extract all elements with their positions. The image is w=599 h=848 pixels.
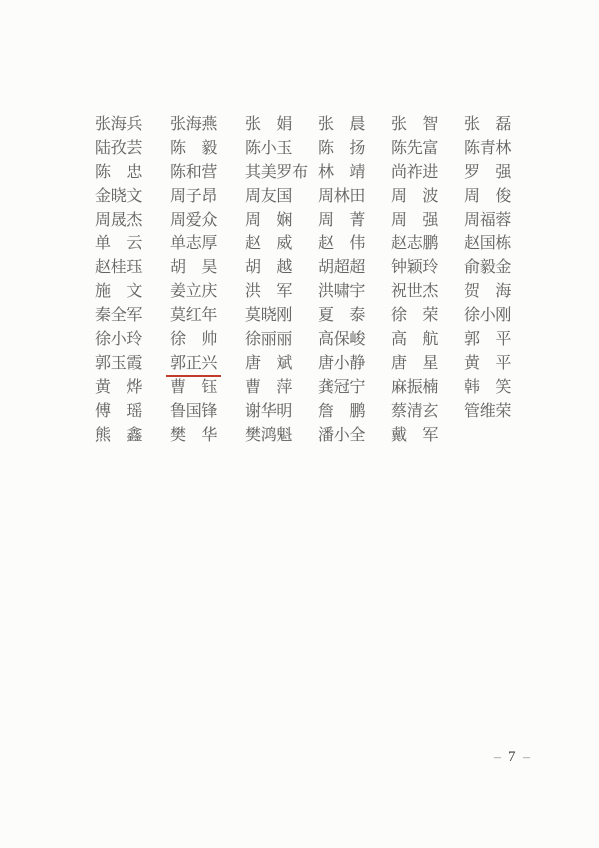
name-cell: 赵桂珏 bbox=[95, 256, 170, 280]
name-cell: 徐小刚 bbox=[464, 304, 537, 328]
name-cell: 贺 海 bbox=[464, 280, 537, 304]
name-cell: 周晟杰 bbox=[95, 209, 170, 233]
name-cell: 熊 鑫 bbox=[95, 424, 170, 448]
name-cell: 黄 平 bbox=[464, 352, 537, 376]
name-cell: 樊鸿魁 bbox=[245, 424, 318, 448]
name-cell: 其美罗布 bbox=[245, 161, 318, 185]
name-cell: 罗 强 bbox=[464, 161, 537, 185]
name-cell: 傅 瑶 bbox=[95, 400, 170, 424]
name-cell: 高保峻 bbox=[318, 328, 391, 352]
name-cell: 鲁国锋 bbox=[170, 400, 245, 424]
name-cell: 樊 华 bbox=[170, 424, 245, 448]
name-cell: 钟颖玲 bbox=[391, 256, 464, 280]
name-cell: 徐 荣 bbox=[391, 304, 464, 328]
name-cell: 陈 忠 bbox=[95, 161, 170, 185]
name-cell: 张海燕 bbox=[170, 113, 245, 137]
name-cell: 韩 笑 bbox=[464, 376, 537, 400]
name-cell: 赵国栋 bbox=[464, 232, 537, 256]
name-cell: 徐 帅 bbox=[170, 328, 245, 352]
name-cell: 谢华明 bbox=[245, 400, 318, 424]
name-cell: 周 俊 bbox=[464, 185, 537, 209]
name-cell: 夏 泰 bbox=[318, 304, 391, 328]
name-cell: 周 波 bbox=[391, 185, 464, 209]
name-cell: 陈和营 bbox=[170, 161, 245, 185]
name-cell: 麻振楠 bbox=[391, 376, 464, 400]
name-cell: 陈先富 bbox=[391, 137, 464, 161]
page-number-dash-right: – bbox=[523, 750, 530, 766]
name-cell: 赵 威 bbox=[245, 232, 318, 256]
name-cell: 周 强 bbox=[391, 209, 464, 233]
name-cell: 莫红年 bbox=[170, 304, 245, 328]
name-cell bbox=[464, 424, 537, 448]
name-cell: 陈 毅 bbox=[170, 137, 245, 161]
name-cell: 莫晓刚 bbox=[245, 304, 318, 328]
page-number-value: 7 bbox=[508, 749, 516, 766]
name-cell: 徐丽丽 bbox=[245, 328, 318, 352]
name-cell: 陈 扬 bbox=[318, 137, 391, 161]
name-cell: 姜立庆 bbox=[170, 280, 245, 304]
name-cell: 张 磊 bbox=[464, 113, 537, 137]
name-cell: 曹 萍 bbox=[245, 376, 318, 400]
name-cell: 周爱众 bbox=[170, 209, 245, 233]
name-cell: 高 航 bbox=[391, 328, 464, 352]
name-cell: 赵 伟 bbox=[318, 232, 391, 256]
name-cell: 林 靖 bbox=[318, 161, 391, 185]
name-cell: 金晓文 bbox=[95, 185, 170, 209]
name-cell: 周福蓉 bbox=[464, 209, 537, 233]
name-cell: 黄 烨 bbox=[95, 376, 170, 400]
name-cell: 俞毅金 bbox=[464, 256, 537, 280]
name-cell: 管维荣 bbox=[464, 400, 537, 424]
name-cell: 祝世杰 bbox=[391, 280, 464, 304]
name-cell: 单 云 bbox=[95, 232, 170, 256]
name-cell: 詹 鹏 bbox=[318, 400, 391, 424]
name-cell: 尚祚进 bbox=[391, 161, 464, 185]
name-cell: 周林田 bbox=[318, 185, 391, 209]
name-cell: 秦全军 bbox=[95, 304, 170, 328]
name-roster: 张海兵张海燕张 娟张 晨张 智张 磊陆孜芸陈 毅陈小玉陈 扬陈先富陈青林陈 忠陈… bbox=[95, 113, 537, 447]
name-cell: 潘小全 bbox=[318, 424, 391, 448]
name-cell: 张 晨 bbox=[318, 113, 391, 137]
name-cell: 陈小玉 bbox=[245, 137, 318, 161]
page-number-dash-left: – bbox=[494, 750, 501, 766]
name-cell: 周 菁 bbox=[318, 209, 391, 233]
name-cell: 徐小玲 bbox=[95, 328, 170, 352]
name-cell: 胡 越 bbox=[245, 256, 318, 280]
page-number: – 7 – bbox=[481, 749, 543, 766]
name-cell: 龚冠宁 bbox=[318, 376, 391, 400]
name-cell: 张海兵 bbox=[95, 113, 170, 137]
name-cell: 陆孜芸 bbox=[95, 137, 170, 161]
name-cell: 周友国 bbox=[245, 185, 318, 209]
name-cell: 唐小静 bbox=[318, 352, 391, 376]
name-cell: 陈青林 bbox=[464, 137, 537, 161]
name-cell: 郭玉霞 bbox=[95, 352, 170, 376]
highlighted-name: 郭正兴 bbox=[166, 354, 221, 377]
name-cell: 张 娟 bbox=[245, 113, 318, 137]
name-cell: 施 文 bbox=[95, 280, 170, 304]
name-cell: 张 智 bbox=[391, 113, 464, 137]
name-cell: 郭 平 bbox=[464, 328, 537, 352]
name-cell: 周子昂 bbox=[170, 185, 245, 209]
name-cell: 胡 昊 bbox=[170, 256, 245, 280]
name-cell: 唐 斌 bbox=[245, 352, 318, 376]
name-cell: 胡超超 bbox=[318, 256, 391, 280]
name-cell: 周 娴 bbox=[245, 209, 318, 233]
name-cell: 洪啸宇 bbox=[318, 280, 391, 304]
name-cell: 蔡清玄 bbox=[391, 400, 464, 424]
name-cell: 单志厚 bbox=[170, 232, 245, 256]
name-cell: 洪 军 bbox=[245, 280, 318, 304]
name-cell: 赵志鹏 bbox=[391, 232, 464, 256]
name-cell: 郭正兴 bbox=[170, 352, 245, 376]
document-page: 张海兵张海燕张 娟张 晨张 智张 磊陆孜芸陈 毅陈小玉陈 扬陈先富陈青林陈 忠陈… bbox=[0, 0, 599, 848]
name-cell: 戴 军 bbox=[391, 424, 464, 448]
name-cell: 唐 星 bbox=[391, 352, 464, 376]
name-cell: 曹 钰 bbox=[170, 376, 245, 400]
